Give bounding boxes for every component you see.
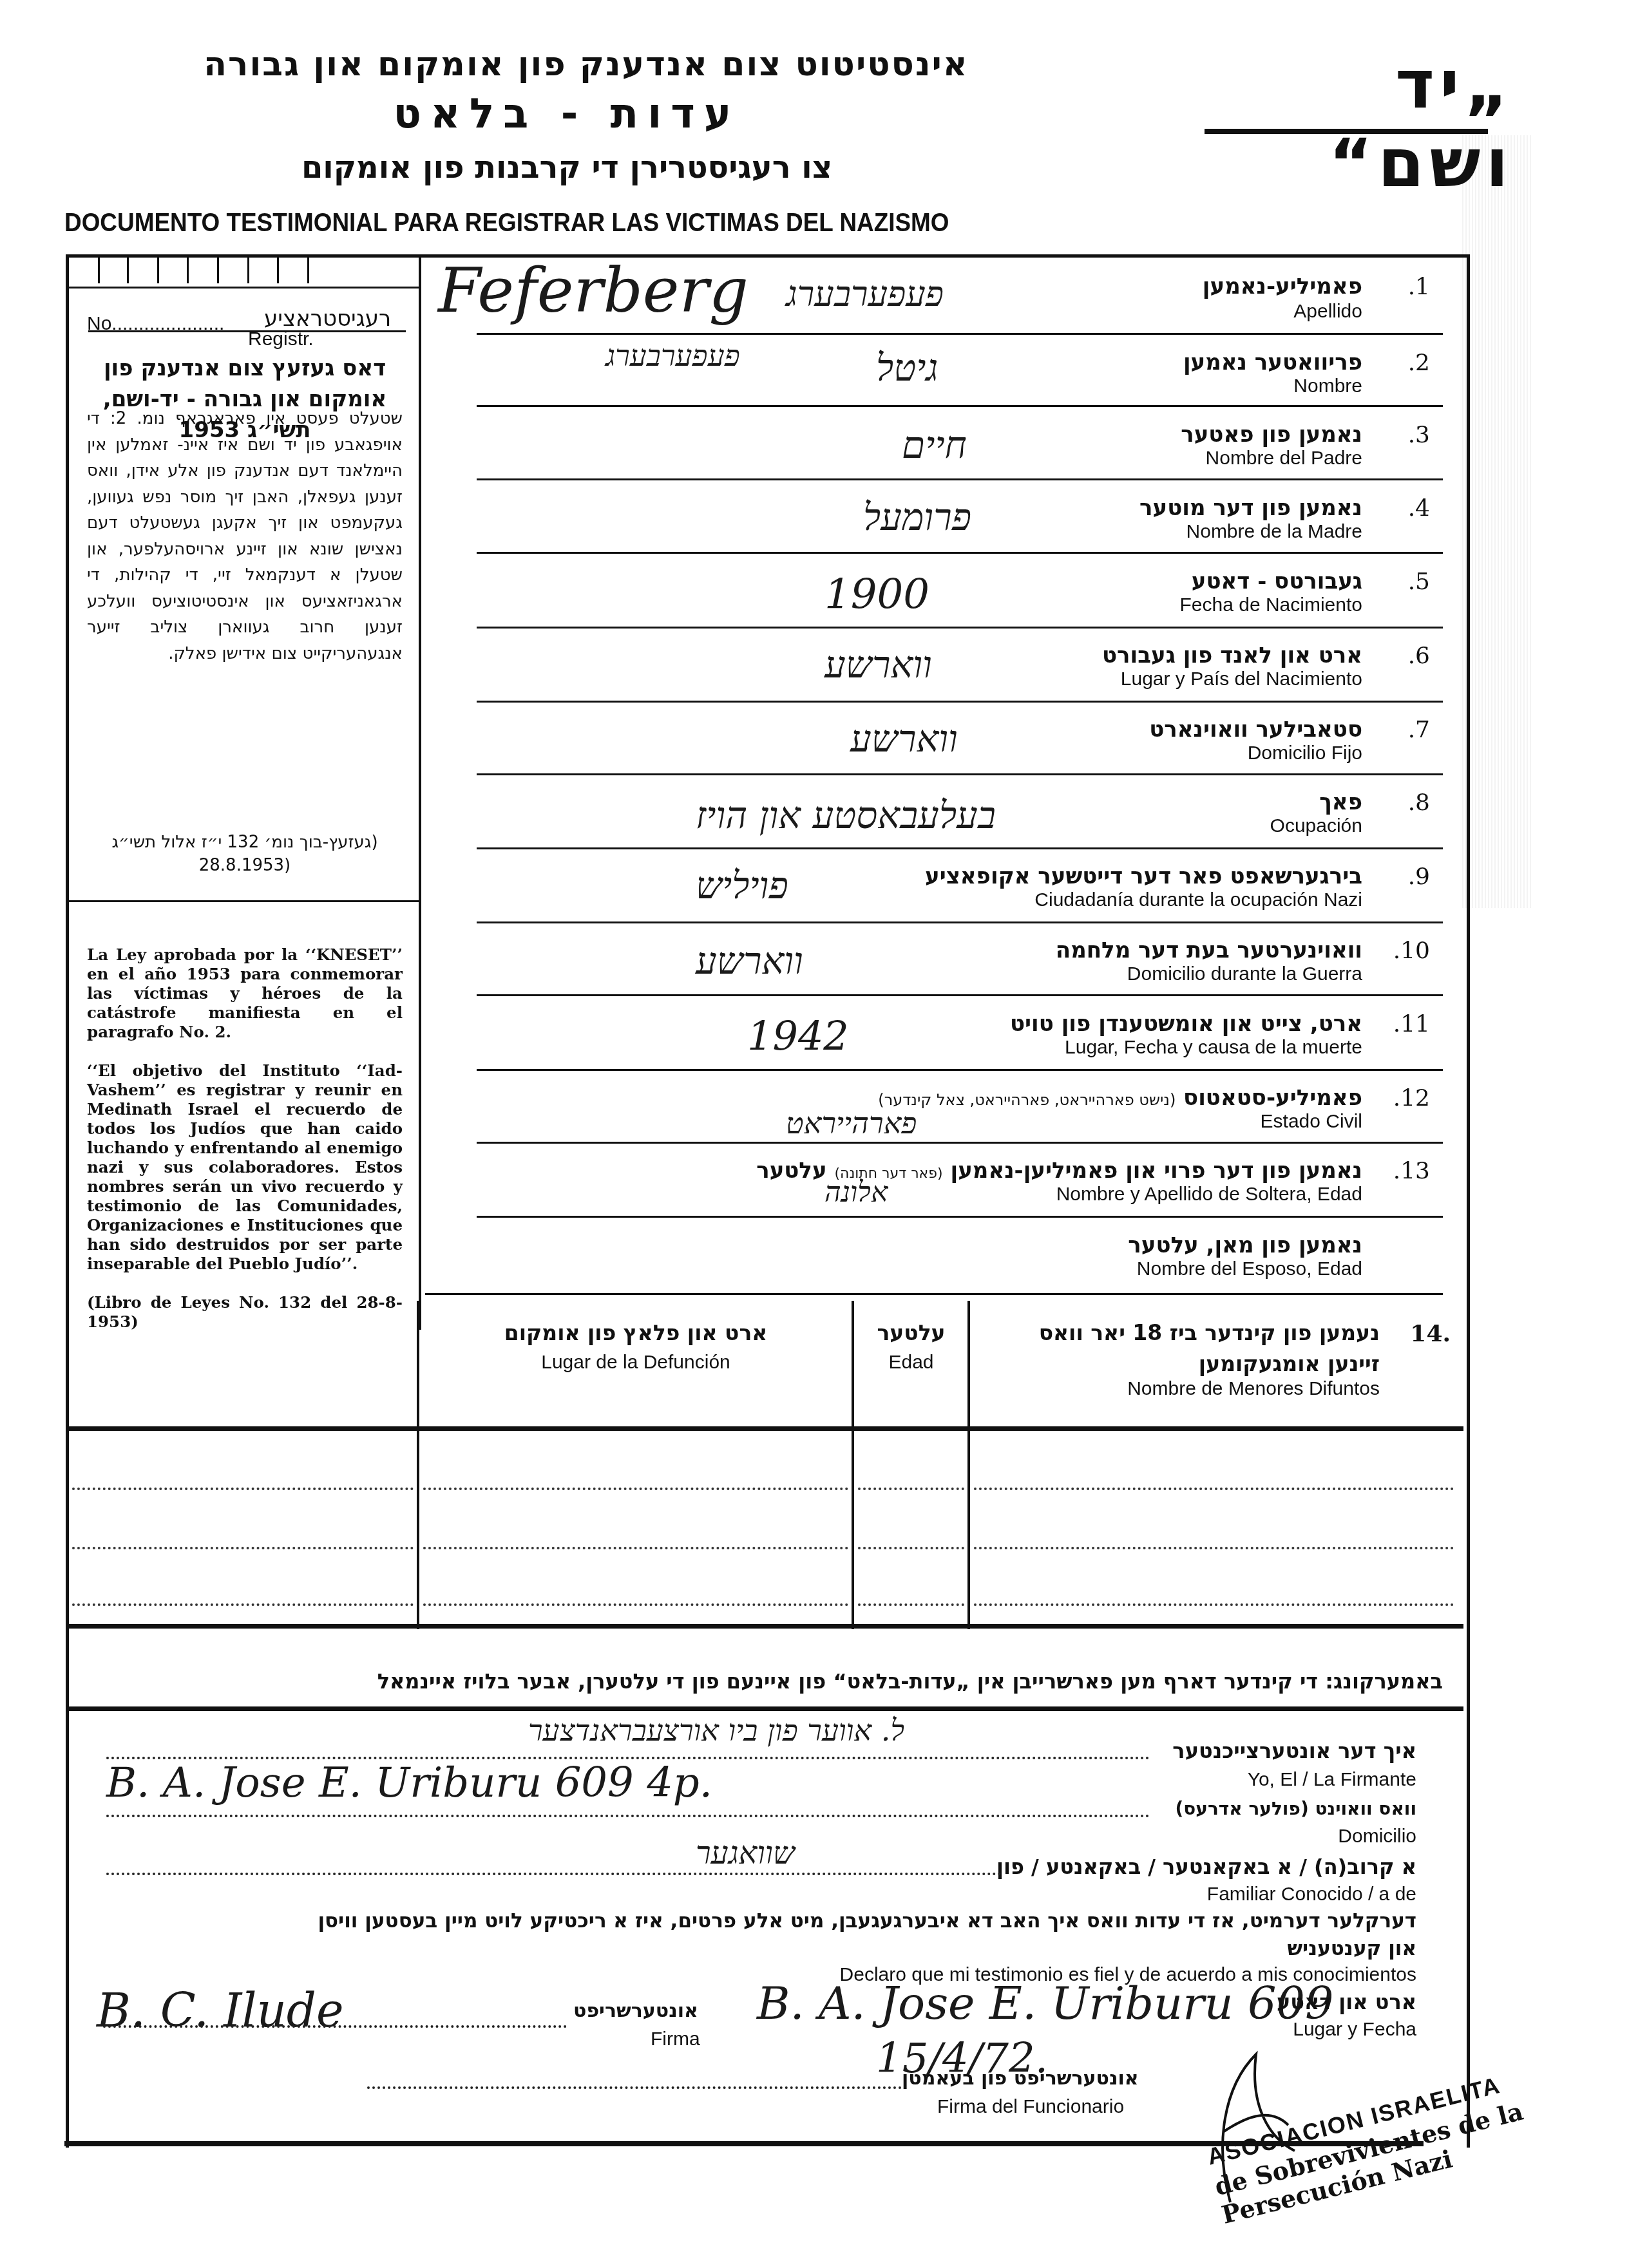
field-label-es: Nombre xyxy=(1293,375,1362,397)
field-value-ciudadania[interactable]: פויליש xyxy=(696,864,788,907)
field-label-es: Nombre y Apellido de Soltera, Edad xyxy=(1056,1184,1362,1205)
field-underline xyxy=(477,552,1443,554)
field-lugar-nacimiento: .6 ארט און לאנד פון געבורט Lugar y País … xyxy=(425,631,1456,705)
table-row-line[interactable] xyxy=(423,1603,848,1606)
field-value-domicilio-fijo[interactable]: ווארשע xyxy=(850,717,958,761)
field-label-he: נאמען פון פאטער xyxy=(1181,422,1362,448)
law-es-paragraph-1: La Ley aprobada por la ‘‘KNESET’’ en el … xyxy=(87,945,403,1042)
field-label-es: Nombre del Esposo, Edad xyxy=(1137,1258,1362,1280)
field-label-es: Lugar y País del Nacimiento xyxy=(1121,668,1362,690)
field-nombre: .2 פריוואטער נאמען Nombre גיטל פעפערבערג xyxy=(425,338,1456,410)
table-row-line[interactable] xyxy=(858,1547,964,1549)
field-value-nombre-surname[interactable]: פעפערבערג xyxy=(605,338,740,373)
field-value-fecha-nacimiento[interactable]: 1900 xyxy=(824,571,929,619)
signer-label-es: Yo, El / La Firmante xyxy=(1248,1769,1416,1791)
field-value-domicilio-guerra[interactable]: ווארשע xyxy=(696,939,803,983)
field-label-age-he: עלטער xyxy=(756,1158,826,1184)
field-domicilio-guerra: .10 וואוינערטער בעת דער מלחמה Domicilio … xyxy=(425,926,1456,999)
ruler-tick xyxy=(127,254,129,283)
field-label-he: נאמען פון מאן, עלטער xyxy=(1128,1233,1362,1258)
ruler-tick xyxy=(98,254,100,283)
field-label-es: Lugar, Fecha y causa de la muerte xyxy=(1065,1037,1362,1059)
field-label-es: Fecha de Nacimiento xyxy=(1180,594,1362,616)
signer-label-he: איך דער אונטערצייכנטער xyxy=(1172,1739,1416,1763)
ruler-tick xyxy=(277,254,279,283)
field-underline xyxy=(477,847,1443,849)
field-label-he: פאמיליע-נאמען xyxy=(1203,274,1362,299)
official-signature-line xyxy=(367,2086,902,2089)
institute-title-he: אינסטיטוט צום אנדענק פון אומקום און גבור… xyxy=(116,45,1056,84)
field-value-padre[interactable]: חיים xyxy=(902,423,967,467)
field-fecha-nacimiento: .5 געבורטס - דאטע Fecha de Nacimiento 19… xyxy=(425,557,1456,631)
field-label-he: געבורטס - דאטע xyxy=(1192,569,1362,594)
field-label-es: Nombre del Padre xyxy=(1206,448,1362,469)
field-label-he: ארט און לאנד פון געבורט xyxy=(1102,643,1362,668)
field-underline xyxy=(477,921,1443,923)
field-apellido: .1 פאמיליע-נאמען Apellido Feferberg פעפע… xyxy=(425,261,1456,338)
divider xyxy=(69,287,419,288)
address-value[interactable]: B. A. Jose E. Uriburu 609 4p. xyxy=(106,1759,712,1807)
field-label-he: וואוינערטער בעת דער מלחמה xyxy=(1056,938,1362,963)
field-label-he: פאך xyxy=(1319,789,1362,815)
field-underline xyxy=(477,1216,1443,1218)
table-row-line[interactable] xyxy=(858,1488,964,1490)
field-number: .14 xyxy=(1410,1320,1451,1347)
ruler-tick xyxy=(157,254,159,283)
field-underline xyxy=(425,1293,1443,1295)
field-number: .13 xyxy=(1393,1158,1430,1184)
table-row-line[interactable] xyxy=(72,1603,414,1606)
children-table: .14 נעמען פון קינדער ביז 18 יאר וואס זיי… xyxy=(66,1301,1463,1629)
field-nombre-madre: .4 נאמען פון דער מוטער Nombre de la Madr… xyxy=(425,484,1456,557)
field-label-es: Nombre de la Madre xyxy=(1186,521,1362,543)
form-name-he: עדות - בלאט xyxy=(309,90,824,138)
field-domicilio-fijo: .7 סטאבילער וואוינארט Domicilio Fijo ווא… xyxy=(425,705,1456,778)
registration-label-he: רעגיסטראציע xyxy=(264,306,391,332)
signature-label-es: Firma xyxy=(651,2028,700,2050)
children-label-he-1: נעמען פון קינדער ביז 18 יאר וואס xyxy=(1039,1320,1380,1345)
table-row-line[interactable] xyxy=(974,1603,1454,1606)
field-number: .10 xyxy=(1393,938,1430,964)
field-underline xyxy=(477,773,1443,775)
field-label-es: Estado Civil xyxy=(1261,1111,1362,1133)
field-label-he: ארט, צייט און אומשטענדן פון טויט xyxy=(1010,1011,1362,1037)
law-text-es: La Ley aprobada por la ‘‘KNESET’’ en el … xyxy=(87,945,403,1351)
children-label-es: Nombre de Menores Difuntos xyxy=(1127,1378,1380,1400)
address-label-he: וואס וואוינט (פולער אדרעס) xyxy=(1176,1798,1417,1819)
place-column-header: ארט און פלאץ פון אומקום Lugar de la Defu… xyxy=(420,1320,852,1374)
signature-label-he: אונטערשריפט xyxy=(573,1999,698,2022)
ruler-tick xyxy=(217,254,219,283)
children-label-he-2: זיינען אומגעקומען xyxy=(1199,1351,1380,1376)
table-row-line[interactable] xyxy=(72,1488,414,1490)
law-body-he: שטעלט פעסט אין פאראגראף נומ. 2: די אויפג… xyxy=(87,406,403,666)
relation-value[interactable]: שוואגער xyxy=(696,1835,795,1871)
place-header-es: Lugar de la Defunción xyxy=(420,1352,852,1374)
table-col-divider xyxy=(967,1301,970,1629)
field-lugar-muerte: .11 ארט, צייט און אומשטענדן פון טויט Lug… xyxy=(425,999,1456,1073)
field-value-estado-civil[interactable]: פארהייראט xyxy=(786,1106,917,1140)
field-value-madre[interactable]: פרומעל xyxy=(863,495,971,539)
ruler-tick xyxy=(247,254,249,283)
field-label-he-group: פאמיליע-סטאטוס (נישט פארהייראט, פארהיירא… xyxy=(878,1085,1362,1111)
field-label-he: פריוואטער נאמען xyxy=(1183,350,1362,375)
children-note-he: באמערקונג: די קינדער דארף מען פארשרייבן … xyxy=(90,1669,1443,1694)
field-label-he: סטאבילער וואוינארט xyxy=(1149,717,1362,742)
field-underline xyxy=(477,478,1443,480)
field-number: .5 xyxy=(1408,569,1430,595)
field-number: .7 xyxy=(1408,717,1430,743)
declaration-he-2: און קענטעניש xyxy=(1287,1937,1416,1960)
field-label-note-he: (נישט פארהייראט, פארהייראט, צאל קינדער) xyxy=(878,1091,1176,1109)
field-number: .9 xyxy=(1408,864,1430,890)
field-value-muerte[interactable]: 1942 xyxy=(747,1012,849,1059)
field-underline xyxy=(477,1069,1443,1071)
field-value-apellido[interactable]: Feferberg xyxy=(438,254,748,326)
field-underline xyxy=(477,405,1443,407)
field-label-he: נאמען פון דער פרוי און פאמיליען-נאמען xyxy=(951,1158,1363,1184)
ruler-tick xyxy=(307,254,309,283)
signature-value[interactable]: B. C. Ilude xyxy=(97,1983,344,2037)
table-row-line[interactable] xyxy=(858,1603,964,1606)
field-label-es: Domicilio Fijo xyxy=(1248,742,1362,764)
relation-line xyxy=(106,1873,1002,1875)
age-header-es: Edad xyxy=(855,1352,967,1374)
field-underline xyxy=(477,333,1443,335)
field-value-esposa[interactable]: אלונה xyxy=(824,1176,888,1209)
field-value-apellido-he[interactable]: פעפערבערג xyxy=(786,274,944,314)
field-esposa: .13 נאמען פון דער פרוי און פאמיליען-נאמע… xyxy=(425,1146,1456,1221)
field-nombre-padre: .3 נאמען פון פאטער Nombre del Padre חיים xyxy=(425,410,1456,484)
field-number: .8 xyxy=(1408,789,1430,816)
field-label-es: Domicilio durante la Guerra xyxy=(1127,963,1362,985)
ruler-tick xyxy=(187,254,189,283)
field-label-es: Ocupación xyxy=(1270,815,1362,837)
divider xyxy=(69,900,419,902)
field-number: .3 xyxy=(1408,422,1430,448)
note-divider xyxy=(66,1706,1463,1711)
field-number: .1 xyxy=(1408,274,1430,300)
table-bottom-rule xyxy=(66,1624,1463,1629)
field-underline xyxy=(477,1142,1443,1144)
relation-label-es: Familiar Conocido / a de xyxy=(1207,1884,1416,1905)
signature-line xyxy=(103,2025,567,2028)
signer-value[interactable]: ל. אווער פון ביו אורצעבראנדצער xyxy=(528,1713,904,1748)
law-reference-date: (28.8.1953 xyxy=(87,854,403,877)
address-label-es: Domicilio xyxy=(1338,1826,1416,1847)
field-estado-civil: .12 פאמיליע-סטאטוס (נישט פארהייראט, פארה… xyxy=(425,1073,1456,1146)
field-number: .12 xyxy=(1393,1085,1430,1111)
place-header-he: ארט און פלאץ פון אומקום xyxy=(420,1320,852,1345)
field-esposo: נאמען פון מאן, עלטער Nombre del Esposo, … xyxy=(425,1221,1456,1298)
age-column-header: עלטער Edad xyxy=(855,1320,967,1374)
registration-number-field[interactable]: No..................... xyxy=(87,313,224,335)
law-es-paragraph-2: ‘‘El objetivo del Instituto ‘‘Iad-Vashem… xyxy=(87,1061,403,1274)
logo-underline xyxy=(1205,129,1488,134)
field-label-he: פאמיליע-סטאטוס xyxy=(1183,1085,1362,1111)
field-value-nombre[interactable]: גיטל xyxy=(876,346,938,390)
field-underline xyxy=(477,701,1443,703)
scan-smudge xyxy=(1462,135,1533,908)
place-date-label-he: ארט און דאטע xyxy=(1277,1990,1416,2014)
table-row-line[interactable] xyxy=(72,1547,414,1549)
place-value[interactable]: B. A. Jose E. Uriburu 609 xyxy=(757,1977,1334,2030)
declaration-he-1: דערקלער דערמיט, אז די עדות וואס איך האב … xyxy=(318,1909,1416,1933)
table-row-line[interactable] xyxy=(974,1488,1454,1490)
table-row-line[interactable] xyxy=(423,1488,848,1490)
registration-label: Registr. xyxy=(248,328,314,350)
field-value-ocupacion[interactable]: בעלעבאסטע און הויז xyxy=(696,793,996,837)
field-ciudadania: .9 בירגערשאפט פאר דער דייטשער אקופאציע C… xyxy=(425,852,1456,926)
form-title-es: DOCUMENTO TESTIMONIAL PARA REGISTRAR LAS… xyxy=(64,207,1021,238)
table-header-rule xyxy=(66,1426,1463,1431)
law-reference-he: (געזעץ-בוך נומ׳ 132 י״ז אלול תשי״ג (28.8… xyxy=(87,831,403,877)
field-ocupacion: .8 פאך Ocupación בעלעבאסטע און הויז xyxy=(425,778,1456,852)
table-col-divider xyxy=(417,1301,419,1629)
relation-label-he: א קרוב(ה) / א באקאנטער / באקאנטע / פון xyxy=(996,1855,1416,1879)
field-label-es: Apellido xyxy=(1293,301,1362,323)
official-label-es: Firma del Funcionario xyxy=(937,2096,1124,2118)
field-label-es: Ciudadanía durante la ocupación Nazi xyxy=(1034,889,1362,911)
field-underline xyxy=(477,627,1443,628)
age-header-he: עלטער xyxy=(855,1320,967,1345)
field-number: .6 xyxy=(1408,643,1430,669)
field-value-lugar-nacimiento[interactable]: ווארשע xyxy=(824,643,932,686)
field-number: .4 xyxy=(1408,495,1430,522)
place-date-label-es: Lugar y Fecha xyxy=(1293,2019,1416,2041)
field-number: .2 xyxy=(1408,350,1430,376)
table-row-line[interactable] xyxy=(974,1547,1454,1549)
field-label-he: בירגערשאפט פאר דער דייטשער אקופאציע xyxy=(925,864,1362,889)
address-line xyxy=(106,1815,1150,1817)
official-label-he: אונטערשריפט פון בעאמטן xyxy=(902,2067,1139,2090)
field-label-he: נאמען פון דער מוטער xyxy=(1139,495,1362,521)
table-row-line[interactable] xyxy=(423,1547,848,1549)
form-purpose-he: צו רעגיסטרירן די קרבנות פון אומקום xyxy=(225,149,908,185)
field-underline xyxy=(477,994,1443,996)
field-number: .11 xyxy=(1393,1011,1430,1037)
table-col-divider xyxy=(852,1301,854,1629)
law-reference-he-text: (געזעץ-בוך נומ׳ 132 י״ז אלול תשי״ג xyxy=(87,831,403,854)
